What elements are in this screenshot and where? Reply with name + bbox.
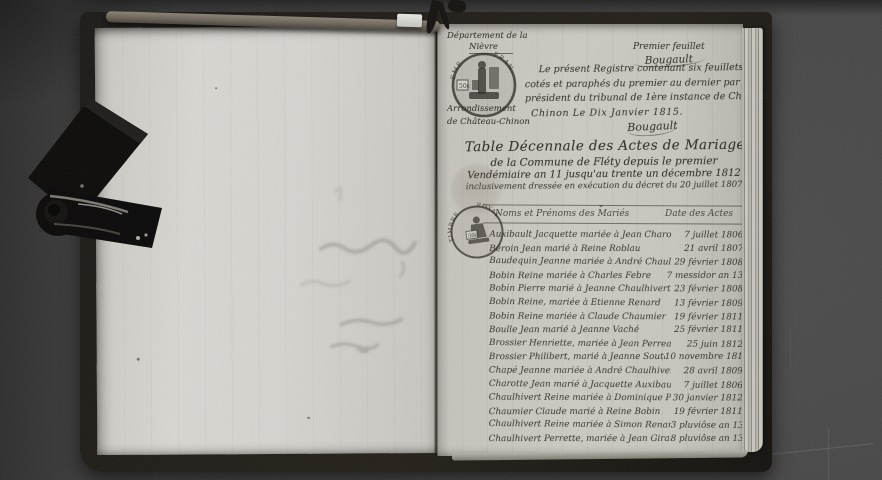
table-row: Charotte Jean marié à Jacquette Auxibaul… <box>489 379 743 395</box>
header-rule-top <box>483 204 745 206</box>
entry-date: 28 avril 1809 <box>671 366 743 380</box>
entry-name: Brossier Philibert, marié à Jeanne Souta… <box>489 352 665 366</box>
arrondissement-line2: de Château-Chinon <box>447 117 530 127</box>
entry-date: 19 février 1811 <box>671 407 743 421</box>
department-line1: Département de la <box>447 31 528 41</box>
certification-line4: Chinon Le Dix Janvier 1815. <box>531 104 772 121</box>
entry-name: Bobin Pierre marié à Jeanne Chaulhivert <box>489 284 671 298</box>
marriage-entries-list: Auxibault Jacquette mariée à Jean Charot… <box>489 230 744 448</box>
empire-stamp-value: 50c <box>459 83 471 90</box>
entry-date: 23 février 1808 <box>671 285 743 299</box>
paper-speck <box>137 358 140 361</box>
certification-signature: Bougault <box>627 119 678 137</box>
entry-name: Chaulhivert Reine mariée à Dominique Pra… <box>489 393 671 407</box>
entry-date: 13 février 1809 <box>671 298 743 312</box>
entry-name: Chapé Jeanne mariée à André Chaulhivert <box>489 365 671 379</box>
scanned-register-photo: Département de la Nièvre 50c EMP. <box>0 0 882 480</box>
arrondissement-note: Arrondissement de Château-Chinon <box>447 103 530 129</box>
entry-name: Boulle Jean marié à Jeanne Vaché <box>489 325 639 339</box>
decennial-table-title: Table Décennale des Actes de Mariages de… <box>465 137 743 192</box>
entry-date: 3 pluviôse an 13 <box>671 421 743 435</box>
entry-date: 29 février 1808 <box>671 258 743 272</box>
column-header-names: Noms et Prénoms des Mariés <box>495 209 629 219</box>
entry-date: 8 pluviôse an 13 <box>671 434 743 448</box>
header-rule-bottom <box>483 222 745 224</box>
title-line1: Table Décennale des Actes de Mariages <box>465 137 743 155</box>
table-header: Noms et Prénoms des Mariés Date des Acte… <box>487 207 743 227</box>
table-row: Boulle Jean marié à Jeanne Vaché25 févri… <box>489 325 743 339</box>
table-row: Brossier Philibert, marié à Jeanne Souta… <box>489 352 743 366</box>
entry-name: Bobin Reine, mariée à Etienne Renard <box>489 297 661 312</box>
entry-date: 7 messidor an 13 <box>667 271 744 285</box>
entry-name: Bobin Reine mariée à Claude Chaumier <box>489 311 666 325</box>
entry-date: 30 janvier 1812 <box>671 393 743 407</box>
entry-name: Charotte Jean marié à Jacquette Auxibaul… <box>489 379 671 394</box>
column-header-date: Date des Actes <box>665 209 733 219</box>
paper-speck <box>307 417 310 419</box>
book-gutter <box>434 24 438 456</box>
certification-line3: président du tribunal de 1ère instance d… <box>525 90 772 107</box>
table-row: Bobin Reine mariée à Claude Chaumier19 f… <box>489 311 743 325</box>
background-scratch <box>790 330 791 370</box>
table-row: Auxibault Jacquette mariée à Jean Charot… <box>489 230 743 244</box>
entry-date: 19 février 1811 <box>671 312 743 326</box>
entry-name: Brossier Henriette, mariée à Jean Perrea… <box>489 338 671 353</box>
table-row: Chaulhivert Perrette, mariée à Jean Gira… <box>489 434 743 448</box>
rod-white-tip <box>397 14 422 28</box>
arrondissement-line1: Arrondissement <box>447 104 516 114</box>
entry-name: Auxibault Jacquette mariée à Jean Charot… <box>489 230 671 244</box>
entry-date: 21 avril 1807 <box>671 243 743 257</box>
entry-date: 7 juillet 1806 <box>671 230 743 244</box>
table-row: Bobin Pierre marié à Jeanne Chaulhivert2… <box>489 284 743 298</box>
folio-note: Premier feuillet <box>633 42 705 52</box>
table-row: Baudequin Jeanne mariée à André Chaulhiv… <box>489 256 743 272</box>
register-page: Département de la Nièvre 50c EMP. <box>437 24 743 456</box>
entry-date: 10 novembre 1812 <box>665 352 743 366</box>
binder-clip-icon <box>20 92 180 262</box>
table-row: Bobin Reine, mariée à Etienne Renard13 f… <box>489 297 743 313</box>
table-row: Béroin Jean marié à Reine Roblau21 avril… <box>489 243 743 257</box>
entry-name: Chaulhivert Perrette, mariée à Jean Gira… <box>489 434 671 448</box>
entry-date: 25 février 1811 <box>671 325 743 339</box>
entry-date: 7 juillet 1806 <box>671 380 743 394</box>
table-row: Chaulhivert Reine mariée à Simon Renard3… <box>489 419 743 435</box>
table-row: Bobin Reine mariée à Charles Febre7 mess… <box>489 271 743 285</box>
page-edges <box>742 28 763 452</box>
title-line4: inclusivement dressée en exécution du dé… <box>465 180 743 192</box>
entry-name: Bobin Reine mariée à Charles Febre <box>489 271 651 285</box>
title-line2: de la Commune de Fléty depuis le premier <box>465 155 743 169</box>
entry-name: Chaulhivert Reine mariée à Simon Renard <box>489 419 671 434</box>
paper-speck <box>215 87 217 89</box>
table-row: Chapé Jeanne mariée à André Chaulhivert2… <box>489 365 743 379</box>
certification-paragraph: Le présent Registre contenant six feuill… <box>525 61 773 137</box>
entry-name: Baudequin Jeanne mariée à André Chaulhiv… <box>489 256 671 271</box>
background-scratch <box>828 428 829 480</box>
table-row: Chaulhivert Reine mariée à Dominique Pra… <box>489 393 743 407</box>
